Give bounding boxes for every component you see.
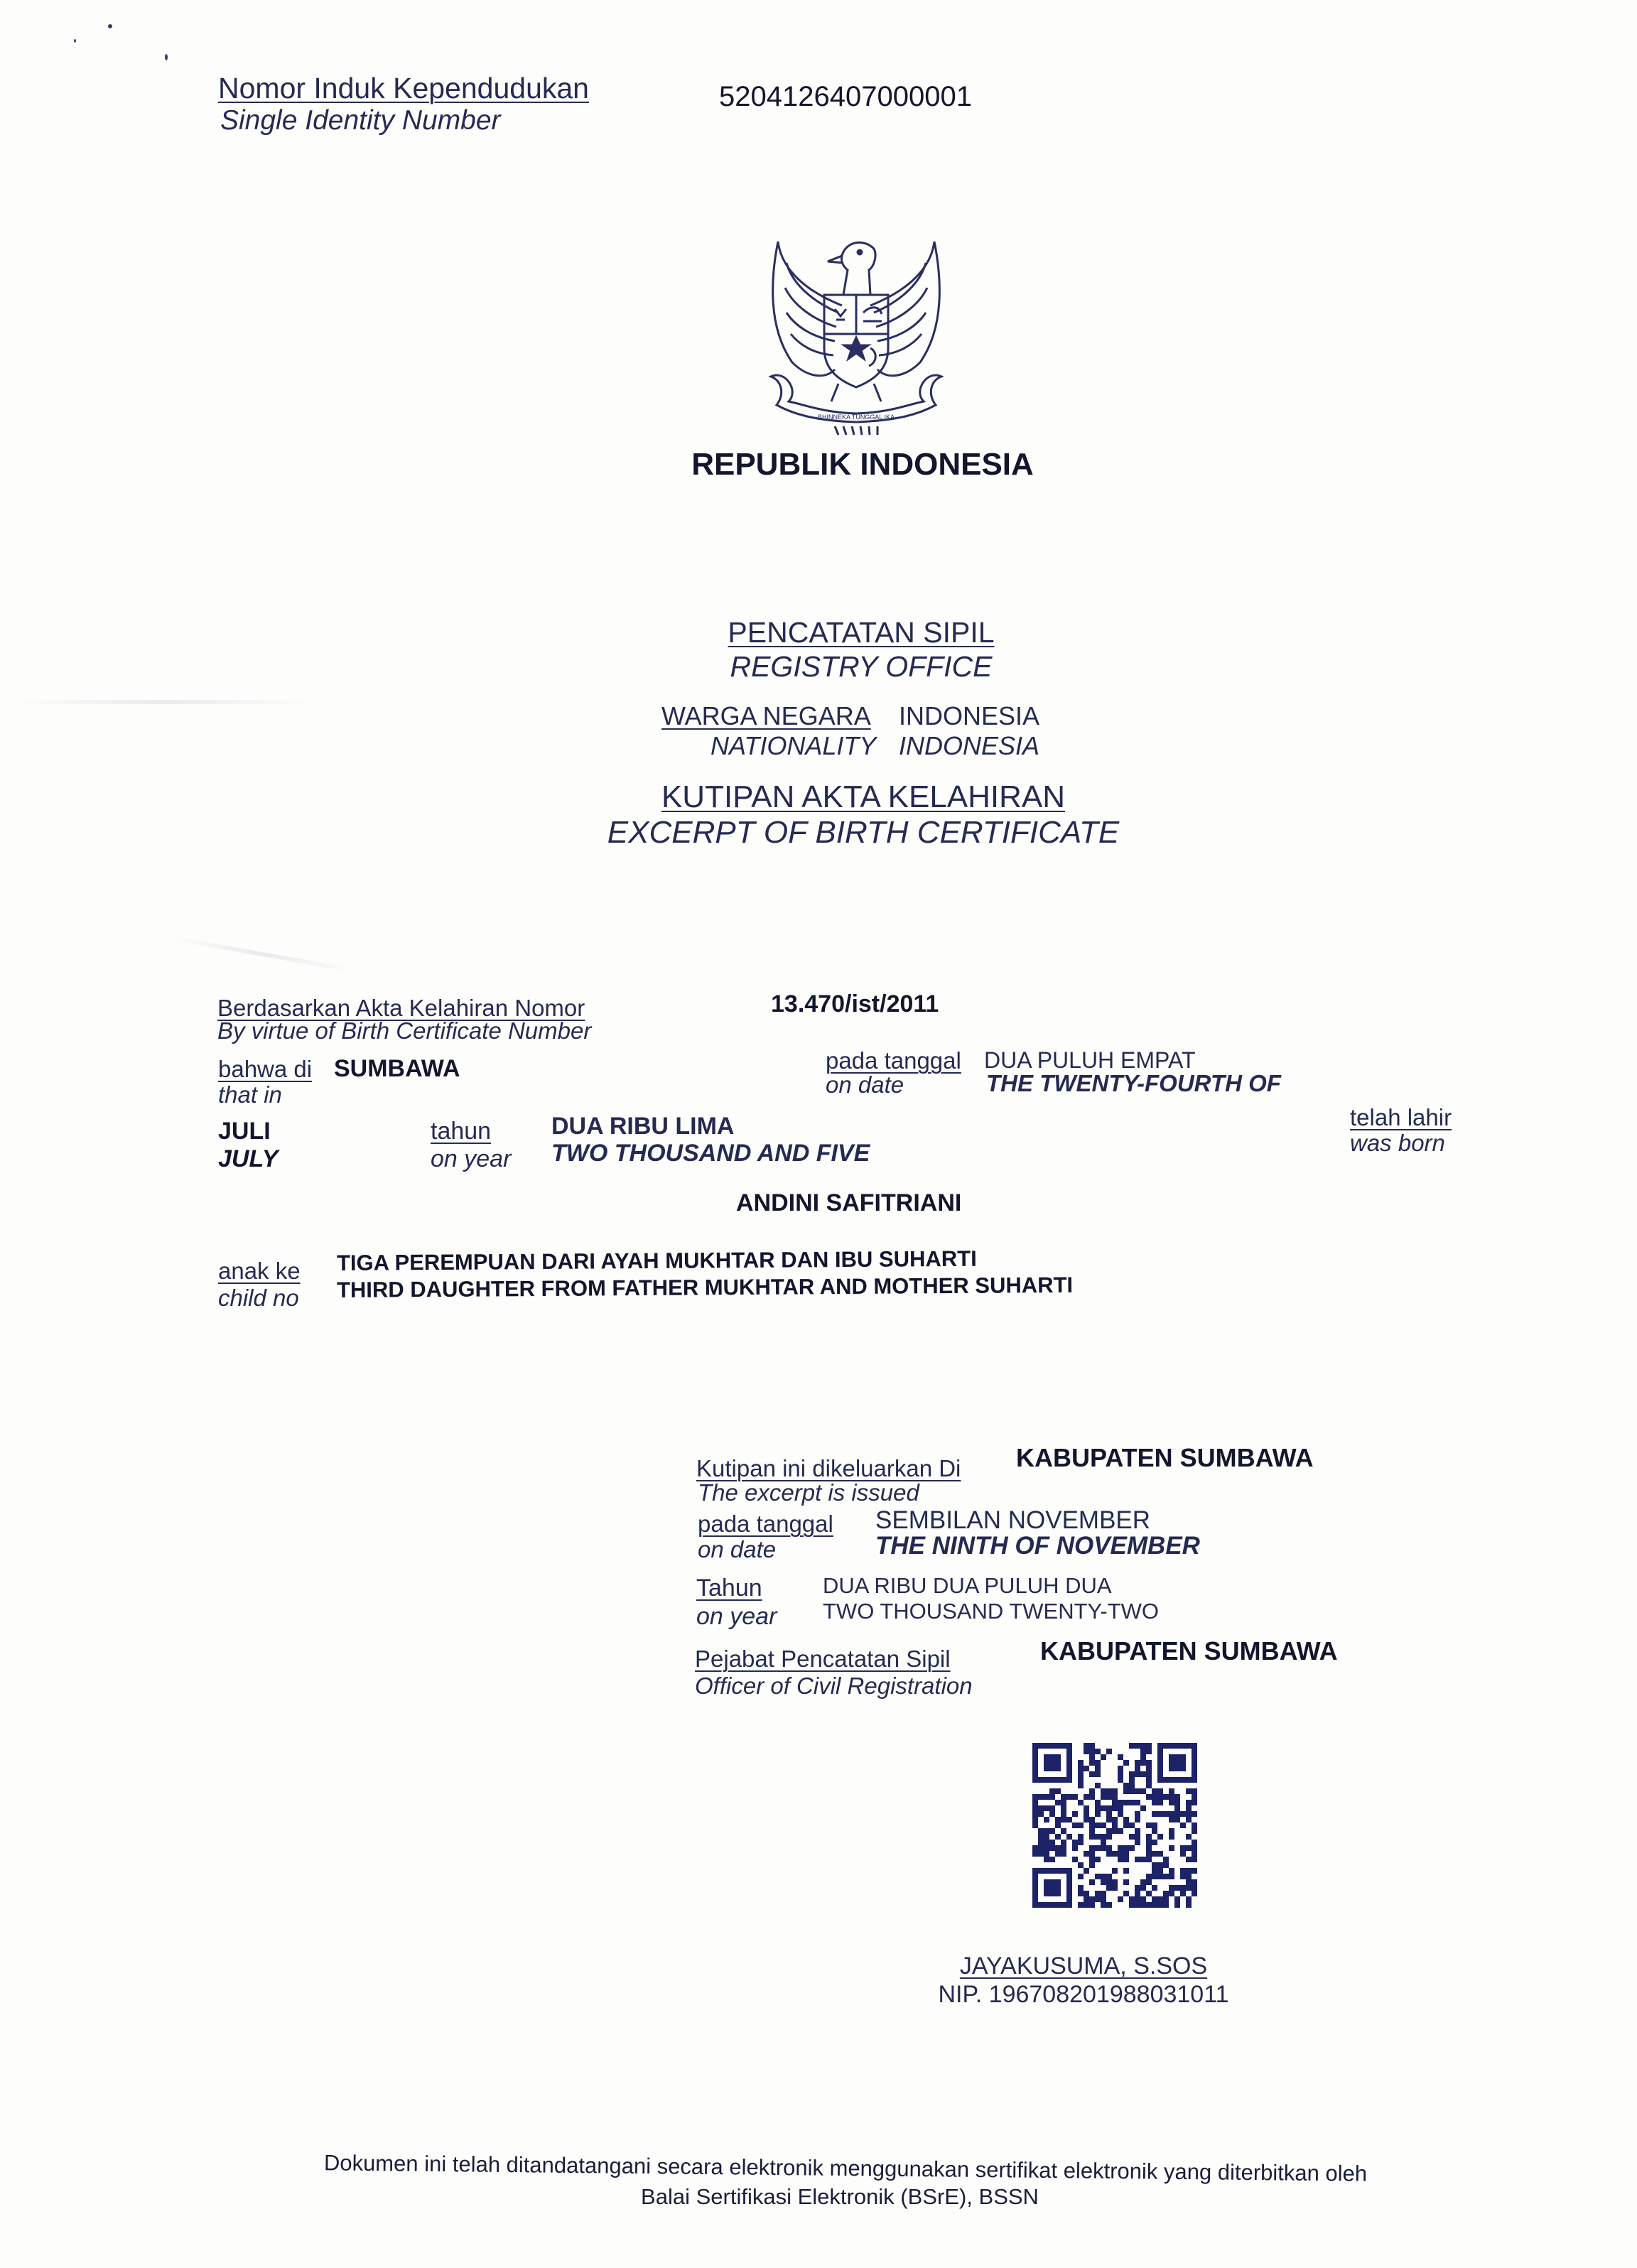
qr-code-icon[interactable] <box>1032 1743 1197 1908</box>
officer-region: KABUPATEN SUMBAWA <box>1040 1638 1338 1664</box>
scan-speck <box>165 54 168 60</box>
issued-date: SEMBILAN NOVEMBER <box>875 1508 1150 1533</box>
born-label-en: was born <box>1350 1131 1445 1155</box>
birth-year: DUA RIBU LIMA <box>551 1114 735 1138</box>
birth-year-en: TWO THOUSAND AND FIVE <box>551 1141 870 1165</box>
issued-year-label-en: on year <box>696 1604 777 1629</box>
officer-label-en: Officer of Civil Registration <box>695 1674 973 1697</box>
child-order: TIGA PEREMPUAN DARI AYAH MUKHTAR DAN IBU… <box>337 1248 977 1274</box>
place-label-en: that in <box>218 1083 282 1106</box>
nationality-label: WARGA NEGARA <box>661 703 871 729</box>
issued-date-en: THE NINTH OF NOVEMBER <box>875 1533 1200 1558</box>
nationality-label-en: NATIONALITY <box>711 733 876 759</box>
footer-signature-note: Dokumen ini telah ditandatangani secara … <box>324 2151 1367 2184</box>
cert-number-label: Berdasarkan Akta Kelahiran Nomor <box>217 996 585 1020</box>
issued-date-label-en: on date <box>698 1538 776 1561</box>
birth-day: DUA PULUH EMPAT <box>984 1049 1196 1071</box>
issued-place: KABUPATEN SUMBAWA <box>1016 1445 1314 1471</box>
office-title-en: REGISTRY OFFICE <box>730 652 992 681</box>
born-label: telah lahir <box>1350 1106 1452 1129</box>
document-title: KUTIPAN AKTA KELAHIRAN <box>661 782 1065 813</box>
svg-text:BHINNEKA TUNGGAL IKA: BHINNEKA TUNGGAL IKA <box>818 414 895 421</box>
signatory-name: JAYAKUSUMA, S.SOS <box>960 1954 1207 1978</box>
birth-place: SUMBAWA <box>334 1057 460 1081</box>
cert-number: 13.470/ist/2011 <box>771 992 939 1016</box>
year-label: tahun <box>431 1119 491 1143</box>
nik-value: 5204126407000001 <box>719 82 972 111</box>
officer-label: Pejabat Pencatatan Sipil <box>695 1647 951 1670</box>
garuda-emblem-icon: BHINNEKA TUNGGAL IKA <box>757 227 956 441</box>
issued-year-en: TWO THOUSAND TWENTY-TWO <box>823 1600 1159 1622</box>
office-title: PENCATATAN SIPIL <box>728 618 994 647</box>
cert-number-label-en: By virtue of Birth Certificate Number <box>217 1019 591 1042</box>
scan-smudge <box>14 700 313 704</box>
child-order-en: THIRD DAUGHTER FROM FATHER MUKHTAR AND M… <box>337 1274 1073 1301</box>
birth-month-en: JULY <box>218 1147 278 1171</box>
issued-year-label: Tahun <box>696 1576 762 1600</box>
footer-issuer: Balai Sertifikasi Elektronik (BSrE), BSS… <box>641 2186 1039 2208</box>
birth-month: JULI <box>218 1119 271 1143</box>
scan-speck <box>108 24 112 28</box>
date-label-en: on date <box>826 1073 904 1096</box>
scan-speck <box>74 39 76 43</box>
country-title: REPUBLIK INDONESIA <box>691 449 1034 480</box>
signatory-nip: NIP. 196708201988031011 <box>938 1982 1228 2007</box>
nationality-value-en: INDONESIA <box>899 733 1039 759</box>
nik-label: Nomor Induk Kependudukan <box>218 74 589 103</box>
place-label: bahwa di <box>218 1057 312 1081</box>
year-label-en: on year <box>431 1147 511 1171</box>
nationality-value: INDONESIA <box>899 703 1039 729</box>
issued-label: Kutipan ini dikeluarkan Di <box>696 1457 961 1480</box>
nik-label-en: Single Identity Number <box>220 107 501 134</box>
date-label: pada tanggal <box>826 1049 961 1072</box>
issued-date-label: pada tanggal <box>698 1512 833 1535</box>
child-name: ANDINI SAFITRIANI <box>736 1191 961 1215</box>
issued-year: DUA RIBU DUA PULUH DUA <box>823 1575 1112 1597</box>
child-label: anak ke <box>218 1259 301 1282</box>
child-label-en: child no <box>218 1286 299 1309</box>
document-title-en: EXCERPT OF BIRTH CERTIFICATE <box>607 817 1119 848</box>
issued-label-en: The excerpt is issued <box>698 1481 919 1504</box>
birth-day-en: THE TWENTY-FOURTH OF <box>986 1071 1281 1095</box>
scan-smudge <box>171 936 354 972</box>
